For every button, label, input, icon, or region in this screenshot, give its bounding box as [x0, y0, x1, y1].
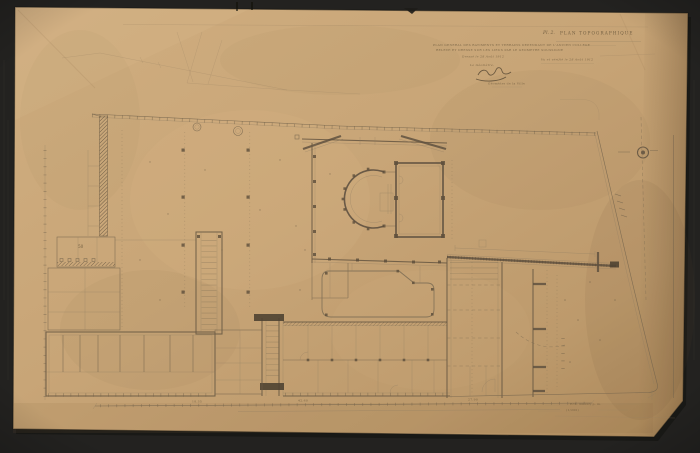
vignette-overlay — [0, 0, 700, 453]
scanned-plan-sheet: Pl. 2. PLAN TOPOGRAPHIQUE PLAN GENERAL D… — [0, 0, 700, 453]
plan-canvas: Pl. 2. PLAN TOPOGRAPHIQUE PLAN GENERAL D… — [0, 0, 700, 453]
